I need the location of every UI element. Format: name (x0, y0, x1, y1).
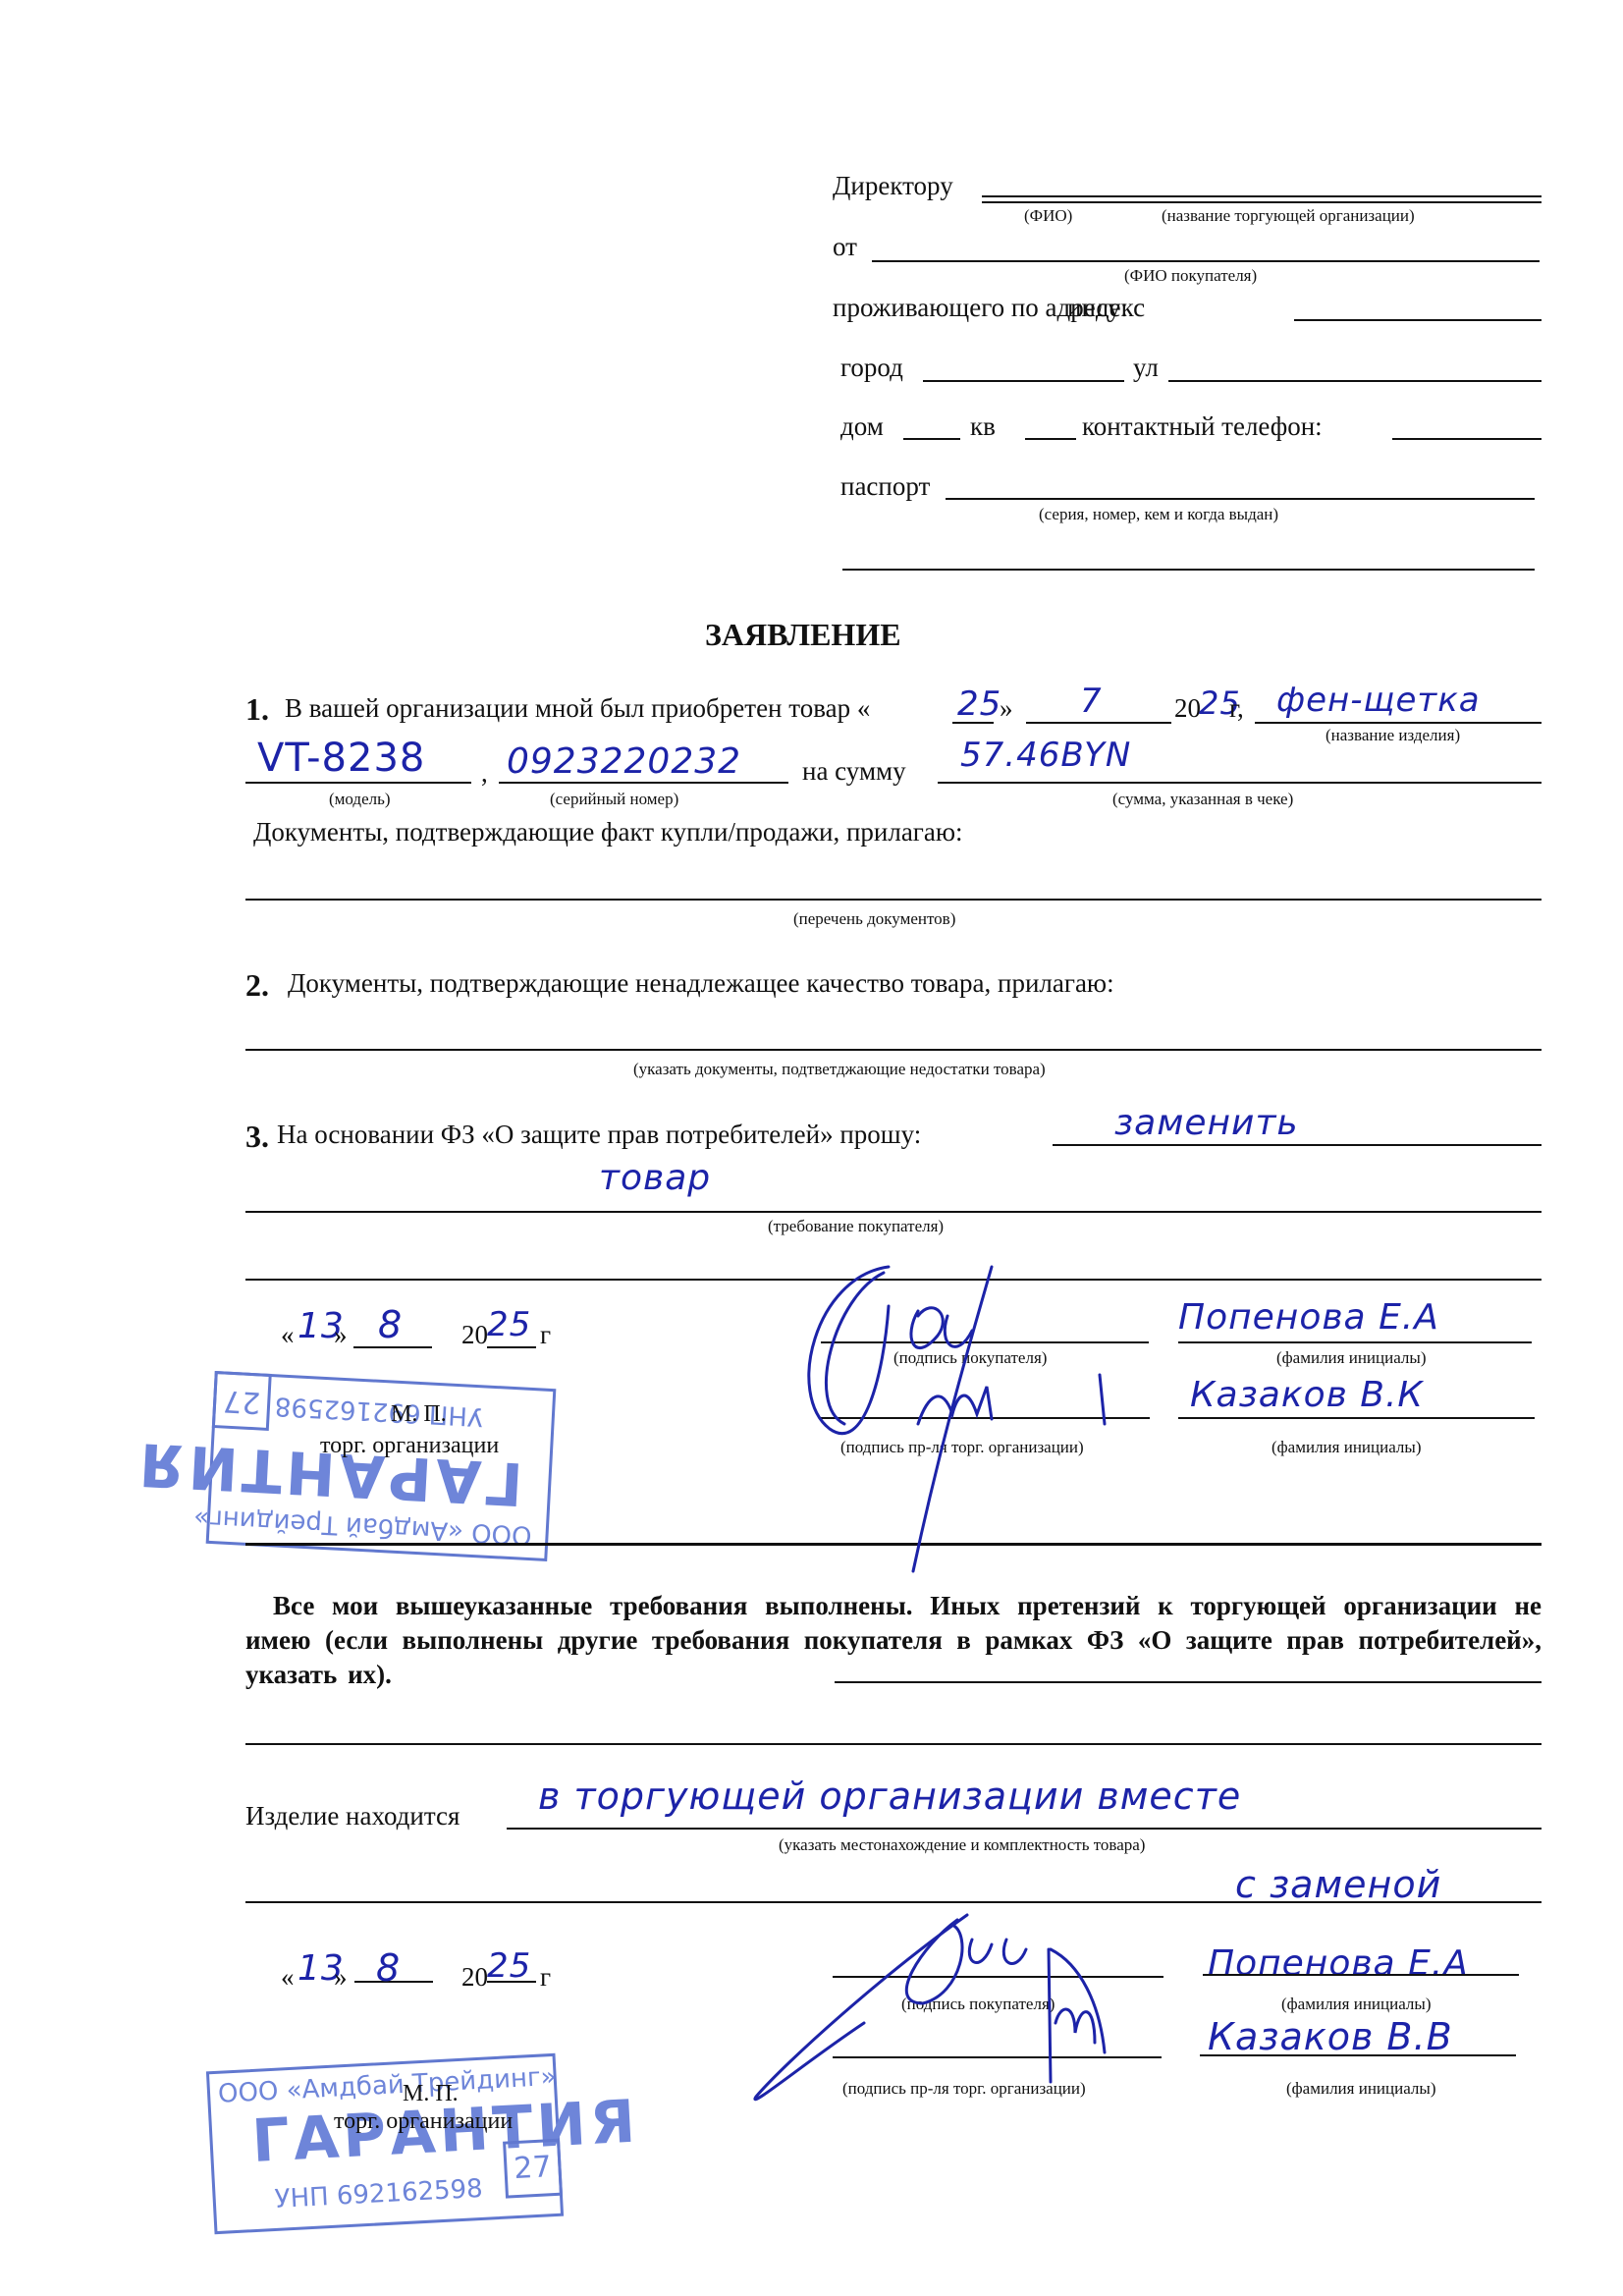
mp-label-2: М. П. (403, 2082, 459, 2105)
purchase-month-line (1026, 722, 1171, 724)
seller-signature-line-2[interactable] (833, 2056, 1162, 2058)
date-year-prefix-2: 20 (461, 1964, 488, 1991)
seller-signature-caption-2: (подпись пр-ля торг. организации) (842, 2080, 1086, 2097)
request-value-line-1[interactable]: заменить (1114, 1106, 1299, 1141)
closing-statement: Все мои вышеуказанные требования выполне… (245, 1589, 1542, 1692)
from-field-line[interactable] (872, 260, 1540, 262)
request-line-2[interactable] (245, 1211, 1542, 1213)
date-month-1[interactable]: 8 (378, 1306, 403, 1343)
date-close-2: » (334, 1964, 348, 1991)
apt-label: кв (970, 413, 996, 440)
house-label: дом (840, 413, 884, 440)
street-label: ул (1133, 355, 1159, 381)
city-label: город (840, 355, 903, 381)
seller-name-1[interactable]: Казаков В.К (1190, 1378, 1424, 1413)
apt-field-line[interactable] (1025, 438, 1076, 440)
from-label: от (833, 234, 857, 260)
section-2-number: 2. (245, 967, 269, 1004)
serial-value[interactable]: 0923220232 (507, 744, 741, 780)
date-month-2[interactable]: 8 (376, 1949, 401, 1987)
house-field-line[interactable] (903, 438, 960, 440)
buyer-name-line-1 (1178, 1341, 1532, 1343)
seller-name-caption-2: (фамилия инициалы) (1286, 2080, 1435, 2097)
purchase-docs-line[interactable] (245, 899, 1542, 901)
sum-label: на сумму (802, 758, 906, 785)
buyer-signature-line-1[interactable] (821, 1341, 1149, 1343)
mp-label-1: М. П. (391, 1402, 447, 1426)
passport-caption: (серия, номер, кем и когда выдан) (1039, 506, 1278, 522)
buyer-name-caption-2: (фамилия инициалы) (1281, 1995, 1431, 2012)
stamp-unp-2: УНП 692162598 (274, 2174, 483, 2214)
director-label: Директору (833, 173, 953, 199)
quality-docs-caption: (указать документы, подтветджающие недос… (633, 1061, 1046, 1077)
seller-name-line-1 (1178, 1417, 1535, 1419)
buyer-name-line-2 (1203, 1974, 1519, 1976)
director-caption-fio: (ФИО) (1024, 207, 1072, 224)
purchase-docs-caption: (перечень документов) (793, 910, 955, 927)
seller-signature-line-1[interactable] (821, 1417, 1150, 1419)
date-year-suffix-1: г (540, 1322, 551, 1348)
location-line-2 (245, 1901, 1542, 1903)
model-caption: (модель) (329, 791, 391, 807)
request-caption: (требование покупателя) (768, 1218, 944, 1234)
buyer-name-1[interactable]: Попенова Е.А (1178, 1300, 1439, 1336)
date-year-line-1 (487, 1346, 536, 1348)
serial-caption: (серийный номер) (550, 791, 678, 807)
purchase-year-prefix: 20 (1174, 695, 1201, 722)
phone-field-line[interactable] (1392, 438, 1542, 440)
purchase-month-value[interactable]: 7 (1080, 684, 1103, 718)
location-line-1 (507, 1828, 1542, 1830)
date-year-suffix-2: г (540, 1964, 551, 1991)
buyer-signature-caption-1: (подпись покупателя) (893, 1349, 1047, 1366)
request-line-3[interactable] (245, 1279, 1542, 1281)
seller-name-line-2 (1200, 2054, 1516, 2056)
buyer-name-caption-1: (фамилия инициалы) (1276, 1349, 1426, 1366)
purchase-day-close: » (1000, 695, 1013, 722)
purchase-day-value[interactable]: 25 (957, 687, 1001, 721)
model-serial-comma: , (481, 760, 488, 787)
street-field-line[interactable] (1168, 380, 1542, 382)
date-close-1: » (334, 1322, 348, 1348)
section-divider (245, 1543, 1542, 1546)
phone-label: контактный телефон: (1082, 413, 1323, 440)
buyer-signature-line-2[interactable] (833, 1976, 1163, 1978)
other-requirements-line-1[interactable] (835, 1681, 1542, 1683)
section-3-text: На основании ФЗ «О защите прав потребите… (277, 1121, 921, 1148)
date-open-1: « (281, 1322, 295, 1348)
purchase-year-suffix: г, (1229, 695, 1244, 722)
mp-caption-2: торг. организации (334, 2109, 513, 2133)
organization-stamp-2: ООО «Амдбай Трейдинг» ГАРАНТИЯ УНП 69216… (206, 2053, 564, 2234)
city-field-line[interactable] (923, 380, 1124, 382)
document-title: ЗАЯВЛЕНИЕ (705, 617, 901, 653)
from-caption: (ФИО покупателя) (1124, 267, 1257, 284)
item-name-value[interactable]: фен-щетка (1276, 683, 1481, 717)
location-caption: (указать местонахождение и комплектность… (779, 1836, 1145, 1853)
stamp-number-1: 27 (212, 1371, 272, 1431)
other-requirements-line-2[interactable] (245, 1743, 1542, 1745)
index-label: индекс (1067, 295, 1145, 321)
organization-stamp-1: ООО «Амдбай Трейдинг» ГАРАНТИЯ УНП 69216… (206, 1371, 557, 1561)
date-year-1[interactable]: 25 (487, 1308, 531, 1341)
purchase-docs-text: Документы, подтверждающие факт купли/про… (253, 819, 963, 846)
sum-line (938, 782, 1542, 784)
location-value-line-1[interactable]: в торгующей организации вместе (538, 1777, 1241, 1815)
seller-signature-caption-1: (подпись пр-ля торг. организации) (840, 1439, 1084, 1455)
item-name-caption: (название изделия) (1325, 727, 1460, 743)
index-field-line[interactable] (1294, 319, 1542, 321)
stamp-number-2: 27 (503, 2139, 563, 2199)
item-name-line[interactable] (1255, 722, 1542, 724)
request-value-line-2[interactable]: товар (599, 1161, 711, 1196)
passport-field-line-2[interactable] (842, 569, 1535, 571)
section-2-text: Документы, подтверждающие ненадлежащее к… (288, 970, 1114, 997)
passport-label: паспорт (840, 473, 930, 500)
quality-docs-line[interactable] (245, 1049, 1542, 1051)
model-line (245, 782, 471, 784)
director-field-line[interactable] (982, 195, 1542, 197)
buyer-signature-caption-2: (подпись покупателя) (901, 1995, 1055, 2012)
date-month-line-1 (353, 1346, 432, 1348)
sum-caption: (сумма, указанная в чеке) (1112, 791, 1293, 807)
director-field-line-2 (982, 201, 1542, 203)
section-1-text: В вашей организации мной был приобретен … (285, 695, 870, 722)
seller-name-2[interactable]: Казаков В.В (1208, 2018, 1453, 2055)
serial-line (499, 782, 788, 784)
request-line-1[interactable] (1053, 1144, 1542, 1146)
director-caption-org: (название торгующей организации) (1162, 207, 1415, 224)
location-label: Изделие находится (245, 1803, 460, 1830)
date-year-prefix-1: 20 (461, 1322, 488, 1348)
date-open-2: « (281, 1964, 295, 1991)
model-value[interactable]: VT-8238 (257, 738, 425, 778)
section-1-number: 1. (245, 691, 269, 728)
buyer-name-2[interactable]: Попенова Е.А (1208, 1946, 1469, 1982)
seller-name-caption-1: (фамилия инициалы) (1271, 1439, 1421, 1455)
purchase-day-line (952, 722, 994, 724)
location-value-line-2[interactable]: с заменой (1235, 1866, 1441, 1903)
section-3-number: 3. (245, 1119, 269, 1155)
sum-value[interactable]: 57.46BYN (960, 738, 1131, 772)
passport-field-line[interactable] (946, 498, 1535, 500)
mp-caption-1: торг. организации (320, 1434, 499, 1457)
stamp-unp-1: УНП 692162598 (274, 1391, 483, 1431)
date-year-line-2 (487, 1981, 536, 1983)
date-year-2[interactable]: 25 (487, 1949, 531, 1983)
